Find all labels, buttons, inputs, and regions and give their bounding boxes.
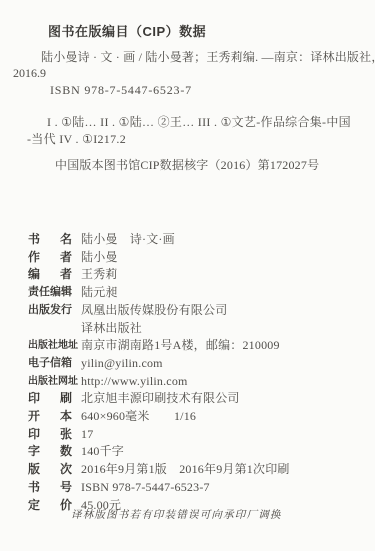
colophon-row: 出版社地址南京市湖南路1号A楼，邮编：210009	[28, 337, 368, 355]
colophon-row-value: 凤凰出版传媒股份有限公司译林出版社	[81, 302, 368, 337]
value-line: 2016年9月第1版 2016年9月第1次印刷	[81, 461, 368, 479]
label-char: 字	[28, 443, 40, 461]
colophon-row-label: 作者	[28, 249, 72, 267]
value-line: 南京市湖南路1号A楼，邮编：210009	[81, 337, 368, 355]
colophon-row-value: 北京旭丰源印刷技术有限公司	[81, 390, 368, 408]
cip-description-line1: 陆小曼诗 · 文 · 画 / 陆小曼著；王秀莉编. —南京：译林出版社，	[41, 48, 375, 65]
cip-classification-line1: I . ①陆… II . ①陆… ②王… III . ①文艺-作品综合集-中国	[47, 113, 351, 130]
label-char: 编	[50, 284, 61, 302]
colophon-row-label: 开本	[28, 408, 72, 426]
label-char: 责	[28, 284, 39, 302]
label-char: 张	[60, 426, 72, 444]
label-char: 址	[68, 337, 78, 355]
colophon-row-label: 出版社地址	[28, 337, 72, 355]
colophon-row: 印张17	[28, 426, 368, 444]
colophon-row-value: 王秀莉	[81, 266, 368, 284]
label-char: 社	[48, 337, 58, 355]
colophon-row-value: 140千字	[81, 443, 368, 461]
colophon-row-label: 编者	[28, 266, 72, 284]
label-char: 编	[28, 266, 40, 284]
label-char: 出	[28, 337, 38, 355]
colophon-row-value: 陆小曼 诗·文·画	[81, 231, 368, 249]
label-char: 版	[39, 302, 50, 320]
colophon-row: 编者王秀莉	[28, 266, 368, 284]
colophon-row-value: 南京市湖南路1号A楼，邮编：210009	[81, 337, 368, 355]
colophon-row-label: 出版发行	[28, 302, 72, 337]
value-line: 640×960毫米 1/16	[81, 408, 368, 426]
label-char: 本	[60, 408, 72, 426]
colophon-row-label: 出版社网址	[28, 373, 72, 391]
colophon-row-label: 版次	[28, 461, 72, 479]
value-line: yilin@yilin.com	[81, 355, 368, 373]
colophon-row-label: 印张	[28, 426, 72, 444]
colophon-row: 出版发行凤凰出版传媒股份有限公司译林出版社	[28, 302, 368, 337]
label-char: 发	[50, 302, 61, 320]
label-char: 开	[28, 408, 40, 426]
label-char: 子	[39, 355, 50, 373]
label-char: 版	[38, 373, 48, 391]
footer-note: 译林版图书若有印装错误可向承印厂调换	[71, 507, 282, 522]
value-line: 王秀莉	[81, 266, 368, 284]
colophon-row: 书号ISBN 978-7-5447-6523-7	[28, 479, 368, 497]
label-char: 出	[28, 373, 38, 391]
label-char: 印	[28, 390, 40, 408]
cip-record-number: 中国版本图书馆CIP数据核字（2016）第172027号	[55, 156, 319, 173]
label-char: 网	[58, 373, 68, 391]
colophon-row: 作者陆小曼	[28, 249, 368, 267]
label-char: 任	[39, 284, 50, 302]
colophon-row-label: 书号	[28, 479, 72, 497]
colophon-row-label: 电子信箱	[28, 355, 72, 373]
label-char: 辑	[61, 284, 72, 302]
label-char: 数	[60, 443, 72, 461]
label-char: 者	[60, 249, 72, 267]
colophon-row-value: yilin@yilin.com	[81, 355, 368, 373]
colophon-row: 责任编辑陆元昶	[28, 284, 368, 302]
label-char: 地	[58, 337, 68, 355]
label-char: 箱	[61, 355, 72, 373]
label-char: 出	[28, 302, 39, 320]
label-char: 行	[61, 302, 72, 320]
value-line: ISBN 978-7-5447-6523-7	[81, 479, 368, 497]
value-line: 140千字	[81, 443, 368, 461]
colophon-row-value: http://www.yilin.com	[81, 373, 368, 391]
value-line: 17	[81, 426, 368, 444]
colophon-row-label: 责任编辑	[28, 284, 72, 302]
cip-classification-line2: -当代 IV . ①I217.2	[27, 130, 126, 147]
label-char: 书	[28, 231, 40, 249]
colophon-row-value: 640×960毫米 1/16	[81, 408, 368, 426]
label-char: 者	[60, 266, 72, 284]
value-line: http://www.yilin.com	[81, 373, 368, 391]
copyright-page: 图书在版编目（CIP）数据 陆小曼诗 · 文 · 画 / 陆小曼著；王秀莉编. …	[0, 0, 375, 551]
colophon-row: 开本640×960毫米 1/16	[28, 408, 368, 426]
colophon-row: 印刷北京旭丰源印刷技术有限公司	[28, 390, 368, 408]
label-char: 信	[50, 355, 61, 373]
cip-header: 图书在版编目（CIP）数据	[48, 21, 206, 40]
value-line: 北京旭丰源印刷技术有限公司	[81, 390, 368, 408]
cip-description-isbn: ISBN 978-7-5447-6523-7	[50, 83, 192, 98]
value-line: 陆元昶	[81, 284, 368, 302]
colophon-row-value: 2016年9月第1版 2016年9月第1次印刷	[81, 461, 368, 479]
label-char: 作	[28, 249, 40, 267]
colophon-row-label: 印刷	[28, 390, 72, 408]
colophon-row: 出版社网址http://www.yilin.com	[28, 373, 368, 391]
colophon-row-value: 17	[81, 426, 368, 444]
label-char: 定	[28, 497, 40, 515]
label-char: 印	[28, 426, 40, 444]
label-char: 书	[28, 479, 40, 497]
value-line: 陆小曼 诗·文·画	[81, 231, 368, 249]
colophon-row-label: 字数	[28, 443, 72, 461]
label-char: 电	[28, 355, 39, 373]
colophon-row-value: ISBN 978-7-5447-6523-7	[81, 479, 368, 497]
label-char: 社	[48, 373, 58, 391]
label-char: 号	[60, 479, 72, 497]
value-line: 陆小曼	[81, 249, 368, 267]
colophon-row: 版次2016年9月第1版 2016年9月第1次印刷	[28, 461, 368, 479]
colophon-row: 字数140千字	[28, 443, 368, 461]
colophon-row-value: 陆元昶	[81, 284, 368, 302]
colophon-table: 书名陆小曼 诗·文·画作者陆小曼编者王秀莉责任编辑陆元昶出版发行凤凰出版传媒股份…	[28, 231, 368, 514]
colophon-row-value: 陆小曼	[81, 249, 368, 267]
label-char: 址	[68, 373, 78, 391]
cip-description-line2: 2016.9	[13, 66, 46, 81]
value-line: 凤凰出版传媒股份有限公司	[81, 302, 368, 320]
label-char: 刷	[60, 390, 72, 408]
colophon-row-label: 书名	[28, 231, 72, 249]
label-char: 版	[38, 337, 48, 355]
label-char: 次	[60, 461, 72, 479]
colophon-row: 电子信箱yilin@yilin.com	[28, 355, 368, 373]
colophon-row-label: 定价	[28, 497, 72, 515]
value-line: 译林出版社	[81, 320, 368, 338]
label-char: 名	[60, 231, 72, 249]
colophon-row: 书名陆小曼 诗·文·画	[28, 231, 368, 249]
label-char: 版	[28, 461, 40, 479]
